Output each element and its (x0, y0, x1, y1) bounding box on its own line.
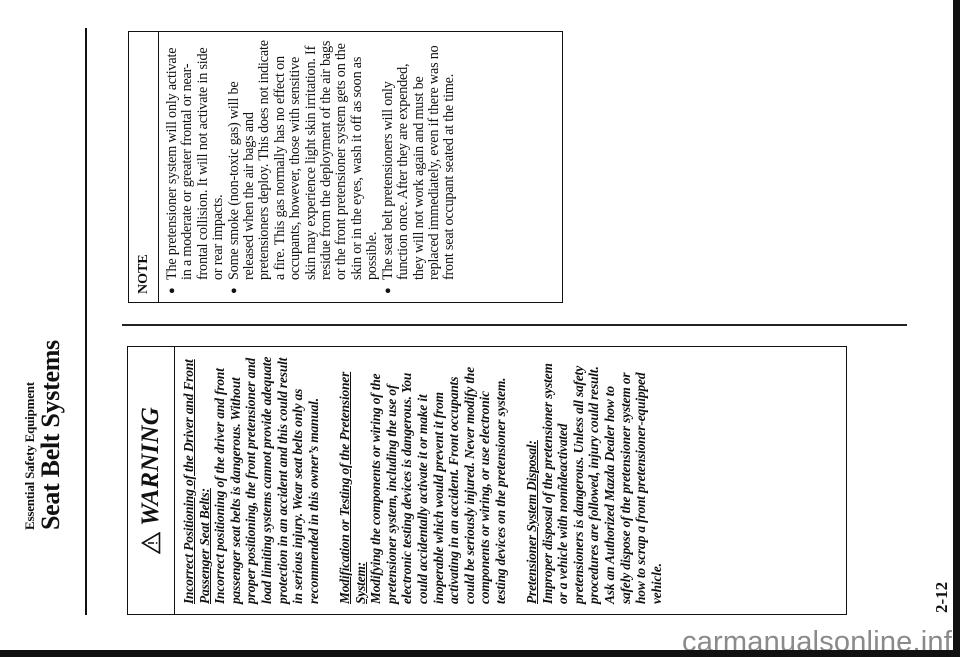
bullet-icon: ● (165, 280, 227, 294)
warning-section-text: Incorrect positioning of the driver and … (212, 357, 321, 604)
page-title: Seat Belt Systems (37, 50, 65, 530)
note-item-text: The pretensioner system will only activa… (165, 40, 227, 280)
warning-section-heading: Pretensioner System Disposal: (524, 440, 539, 604)
note-title: NOTE (136, 254, 152, 294)
section-label: Essential Safety Equipment (22, 50, 37, 530)
scan-border (953, 0, 960, 657)
warning-section: Pretensioner System Disposal: Improper d… (524, 355, 664, 604)
warning-section: Modification or Testing of the Pretensio… (337, 355, 509, 604)
note-list-item: ● The seat belt pretensioners will only … (381, 40, 458, 294)
bullet-icon: ● (381, 280, 458, 294)
page-number: 2-12 (932, 582, 952, 613)
warning-body: Incorrect Positioning of the Driver and … (175, 347, 664, 614)
note-list-item: ● Some smoke (non-toxic gas) will be rel… (227, 40, 381, 294)
note-header: NOTE (129, 32, 159, 302)
note-list-item: ● The pretensioner system will only acti… (165, 40, 227, 294)
header-rule (85, 28, 87, 615)
warning-section-text: Modifying the components or wiring of th… (368, 367, 508, 604)
manual-page: Essential Safety Equipment Seat Belt Sys… (0, 0, 960, 657)
note-item-text: Some smoke (non-toxic gas) will be relea… (227, 40, 381, 280)
warning-triangle-icon (141, 532, 161, 554)
note-item-text: The seat belt pretensioners will only fu… (381, 40, 458, 280)
warning-section-text: Improper disposal of the pretensioner sy… (540, 363, 664, 604)
warning-section-heading: Modification or Testing of the Pretensio… (337, 372, 368, 604)
warning-box: WARNING Incorrect Positioning of the Dri… (127, 346, 847, 615)
warning-header: WARNING (128, 347, 175, 614)
warning-title: WARNING (137, 407, 165, 526)
page-header: Essential Safety Equipment Seat Belt Sys… (22, 50, 65, 530)
note-body: ● The pretensioner system will only acti… (159, 32, 458, 302)
scan-border (0, 650, 960, 657)
column-divider (122, 325, 907, 327)
bullet-icon: ● (227, 280, 381, 294)
warning-section: Incorrect Positioning of the Driver and … (181, 355, 321, 604)
warning-section-heading: Incorrect Positioning of the Driver and … (181, 359, 212, 604)
note-box: NOTE ● The pretensioner system will only… (128, 31, 563, 303)
